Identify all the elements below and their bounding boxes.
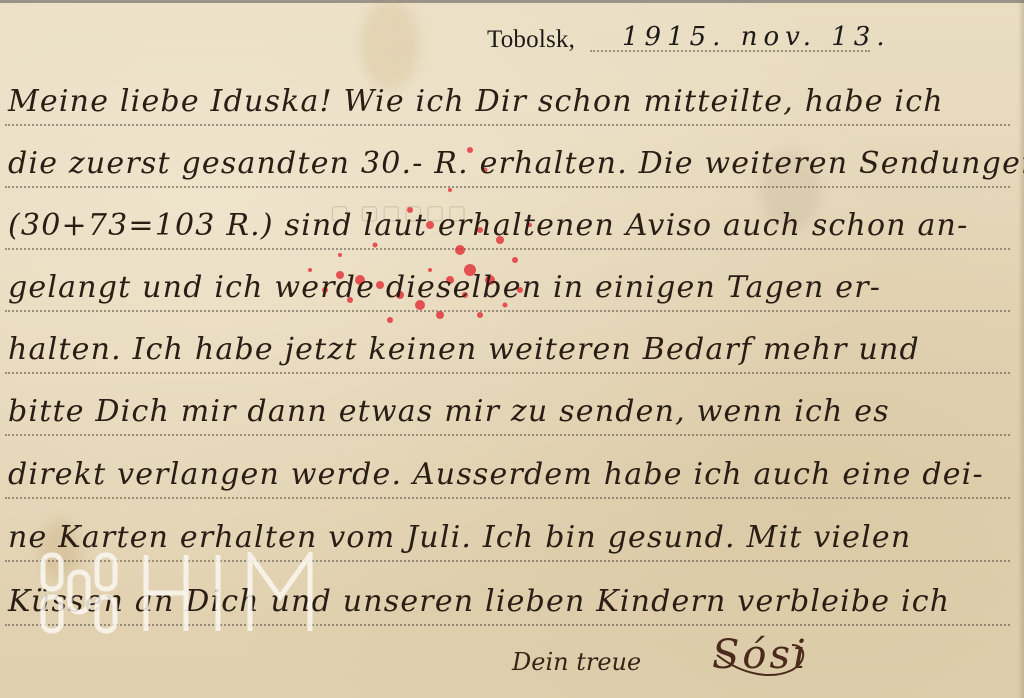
ruled-line-2	[5, 186, 1010, 188]
closing-text: Dein treue	[512, 648, 641, 676]
scan-top-edge	[0, 0, 1024, 3]
letter-line-6: bitte Dich mir dann etwas mir zu senden,…	[8, 394, 890, 429]
ruled-line-3	[5, 248, 1010, 250]
postcard: ▢ ▢▢▢▢▢ Tobolsk, 1915. nov. 13. Meine li…	[0, 0, 1024, 698]
ruled-line-1	[5, 124, 1010, 126]
ruled-line-8	[5, 560, 1010, 562]
header-date: 1915. nov. 13.	[622, 22, 891, 52]
ruled-line-7	[5, 497, 1010, 499]
ruled-line-4	[5, 310, 1010, 312]
letter-line-2: die zuerst gesandten 30.- R. erhalten. D…	[8, 146, 1024, 181]
letter-line-4: gelangt und ich werde dieselben in einig…	[8, 270, 881, 305]
ruled-line-9	[5, 624, 1010, 626]
letter-line-8: ne Karten erhalten vom Juli. Ich bin ges…	[8, 520, 911, 555]
ruled-line-6	[5, 434, 1010, 436]
signature: Sósi	[712, 632, 809, 678]
header-dotted-line	[590, 50, 870, 52]
letter-line-9: Küssen an Dich und unseren lieben Kinder…	[8, 584, 950, 619]
paper-stain	[360, 0, 420, 90]
ruled-line-5	[5, 372, 1010, 374]
header-place: Tobolsk,	[487, 26, 575, 54]
letter-line-7: direkt verlangen werde. Ausserdem habe i…	[8, 457, 984, 492]
letter-line-3: (30+73=103 R.) sind laut erhaltenen Avis…	[8, 208, 968, 243]
scan-right-edge	[1018, 0, 1024, 698]
letter-line-5: halten. Ich habe jetzt keinen weiteren B…	[8, 332, 920, 367]
letter-line-1: Meine liebe Iduska! Wie ich Dir schon mi…	[8, 84, 944, 119]
